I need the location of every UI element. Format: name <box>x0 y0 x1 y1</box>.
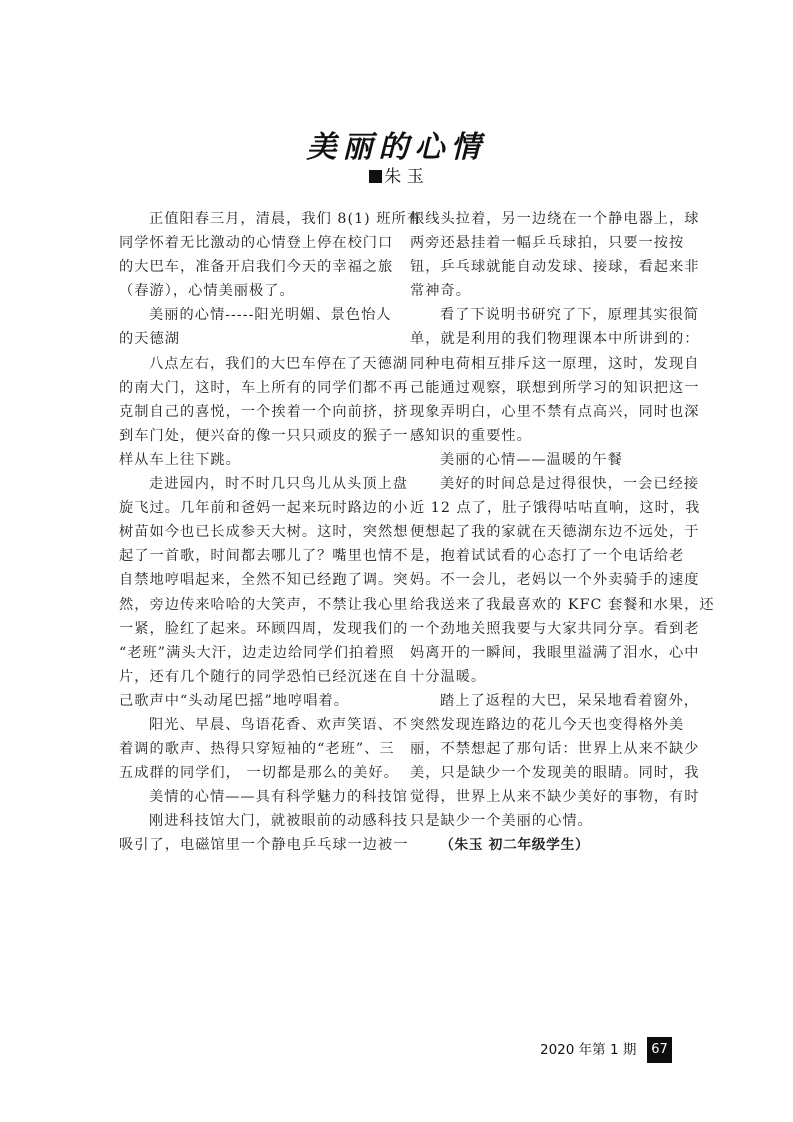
text-line: 突然发现连路边的花儿今天也变得格外美 <box>410 713 676 737</box>
page-number: 67 <box>647 1037 672 1063</box>
author-signature: （朱玉 初二年级学生） <box>410 833 676 857</box>
text-line: 美好的时间总是过得很快，一会已经接 <box>410 472 676 496</box>
text-line: 正值阳春三月，清晨，我们 8(1) 班所有 <box>119 207 385 231</box>
text-line: 的大巴车，准备开启我们今天的幸福之旅 <box>119 255 385 279</box>
text-line: 常神奇。 <box>410 279 676 303</box>
text-line: 美丽的心情——温暖的午餐 <box>410 448 676 472</box>
text-line: 自禁地哼唱起来，全然不知已经跑了调。突 <box>119 568 385 592</box>
text-line: 现象弄明白，心里不禁有点高兴，同时也深 <box>410 400 676 424</box>
text-line: 只是缺少一个美丽的心情。 <box>410 809 676 833</box>
square-bullet-icon <box>369 170 382 183</box>
text-line: 着调的歌声、热得只穿短袖的“老班”、三 <box>119 737 385 761</box>
text-line: 己歌声中“头动尾巴摇”地哼唱着。 <box>119 689 385 713</box>
text-line: 的南大门，这时，车上所有的同学们都不再 <box>119 376 385 400</box>
text-line: 便想起了我的家就在天德湖东边不远处，于 <box>410 520 676 544</box>
text-line: 旋飞过。几年前和爸妈一起来玩时路边的小 <box>119 496 385 520</box>
text-line: 丽，不禁想起了那句话：世界上从来不缺少 <box>410 737 676 761</box>
issue-label: 2020 年第 1 期 <box>540 1037 636 1063</box>
text-line: 片，还有几个随行的同学恐怕已经沉迷在自 <box>119 665 385 689</box>
text-line: 吸引了，电磁馆里一个静电乒乓球一边被一 <box>119 833 385 857</box>
text-line: 一个劲地关照我要与大家共同分享。看到老 <box>410 617 676 641</box>
author-name: 朱 玉 <box>384 167 423 187</box>
text-line: 到车门处，便兴奋的像一只只顽皮的猴子一 <box>119 424 385 448</box>
text-line: 美，只是缺少一个发现美的眼睛。同时，我 <box>410 761 676 785</box>
author-byline: 朱 玉 <box>0 162 793 187</box>
text-line: 同种电荷相互排斥这一原理，这时，发现自 <box>410 352 676 376</box>
text-line: 走进园内，时不时几只鸟儿从头顶上盘 <box>119 472 385 496</box>
text-line: 妈。不一会儿，老妈以一个外卖骑手的速度 <box>410 568 676 592</box>
text-line: 近 12 点了，肚子饿得咕咕直响，这时，我 <box>410 496 676 520</box>
text-line: 样从车上往下跳。 <box>119 448 385 472</box>
text-line: 树苗如今也已长成参天大树。这时，突然想 <box>119 520 385 544</box>
text-line: 美情的心情——具有科学魅力的科技馆 <box>119 785 385 809</box>
right-column: 根线头拉着，另一边绕在一个静电器上，球两旁还悬挂着一幅乒乓球拍，只要一按按钮，乒… <box>410 207 676 858</box>
text-line: 己能通过观察，联想到所学习的知识把这一 <box>410 376 676 400</box>
text-line: 十分温暖。 <box>410 665 676 689</box>
text-line: “老班”满头大汗，边走边给同学们拍着照 <box>119 641 385 665</box>
text-line: 感知识的重要性。 <box>410 424 676 448</box>
text-line: 一紧，脸红了起来。环顾四周，发现我们的 <box>119 617 385 641</box>
text-line: 根线头拉着，另一边绕在一个静电器上，球 <box>410 207 676 231</box>
text-line: 两旁还悬挂着一幅乒乓球拍，只要一按按 <box>410 231 676 255</box>
text-line: 看了下说明书研究了下，原理其实很简 <box>410 303 676 327</box>
text-line: 钮，乒乓球就能自动发球、接球，看起来非 <box>410 255 676 279</box>
text-line: 妈离开的一瞬间，我眼里溢满了泪水，心中 <box>410 641 676 665</box>
text-line: 美丽的心情-----阳光明媚、景色怡人 <box>119 303 385 327</box>
text-line: 觉得，世界上从来不缺少美好的事物，有时 <box>410 785 676 809</box>
text-line: 同学怀着无比激动的心情登上停在校门口 <box>119 231 385 255</box>
article-title: 美丽的心情 <box>0 122 793 166</box>
text-line: 给我送来了我最喜欢的 KFC 套餐和水果，还 <box>410 593 676 617</box>
text-line: 八点左右，我们的大巴车停在了天德湖 <box>119 352 385 376</box>
left-column: 正值阳春三月，清晨，我们 8(1) 班所有同学怀着无比激动的心情登上停在校门口的… <box>119 207 385 858</box>
text-line: 刚进科技馆大门，就被眼前的动感科技 <box>119 809 385 833</box>
text-line: 克制自己的喜悦，一个挨着一个向前挤，挤 <box>119 400 385 424</box>
text-line: 单，就是利用的我们物理课本中所讲到的： <box>410 327 676 351</box>
text-line: 阳光、早晨、鸟语花香、欢声笑语、不 <box>119 713 385 737</box>
text-line: 踏上了返程的大巴，呆呆地看着窗外， <box>410 689 676 713</box>
text-line: 五成群的同学们， 一切都是那么的美好。 <box>119 761 385 785</box>
text-line: 起了一首歌，时间都去哪儿了？嘴里也情不 <box>119 544 385 568</box>
text-line: 然，旁边传来哈哈的大笑声，不禁让我心里 <box>119 593 385 617</box>
text-line: （春游），心情美丽极了。 <box>119 279 385 303</box>
text-line: 是，抱着试试看的心态打了一个电话给老 <box>410 544 676 568</box>
text-line: 的天德湖 <box>119 327 385 351</box>
